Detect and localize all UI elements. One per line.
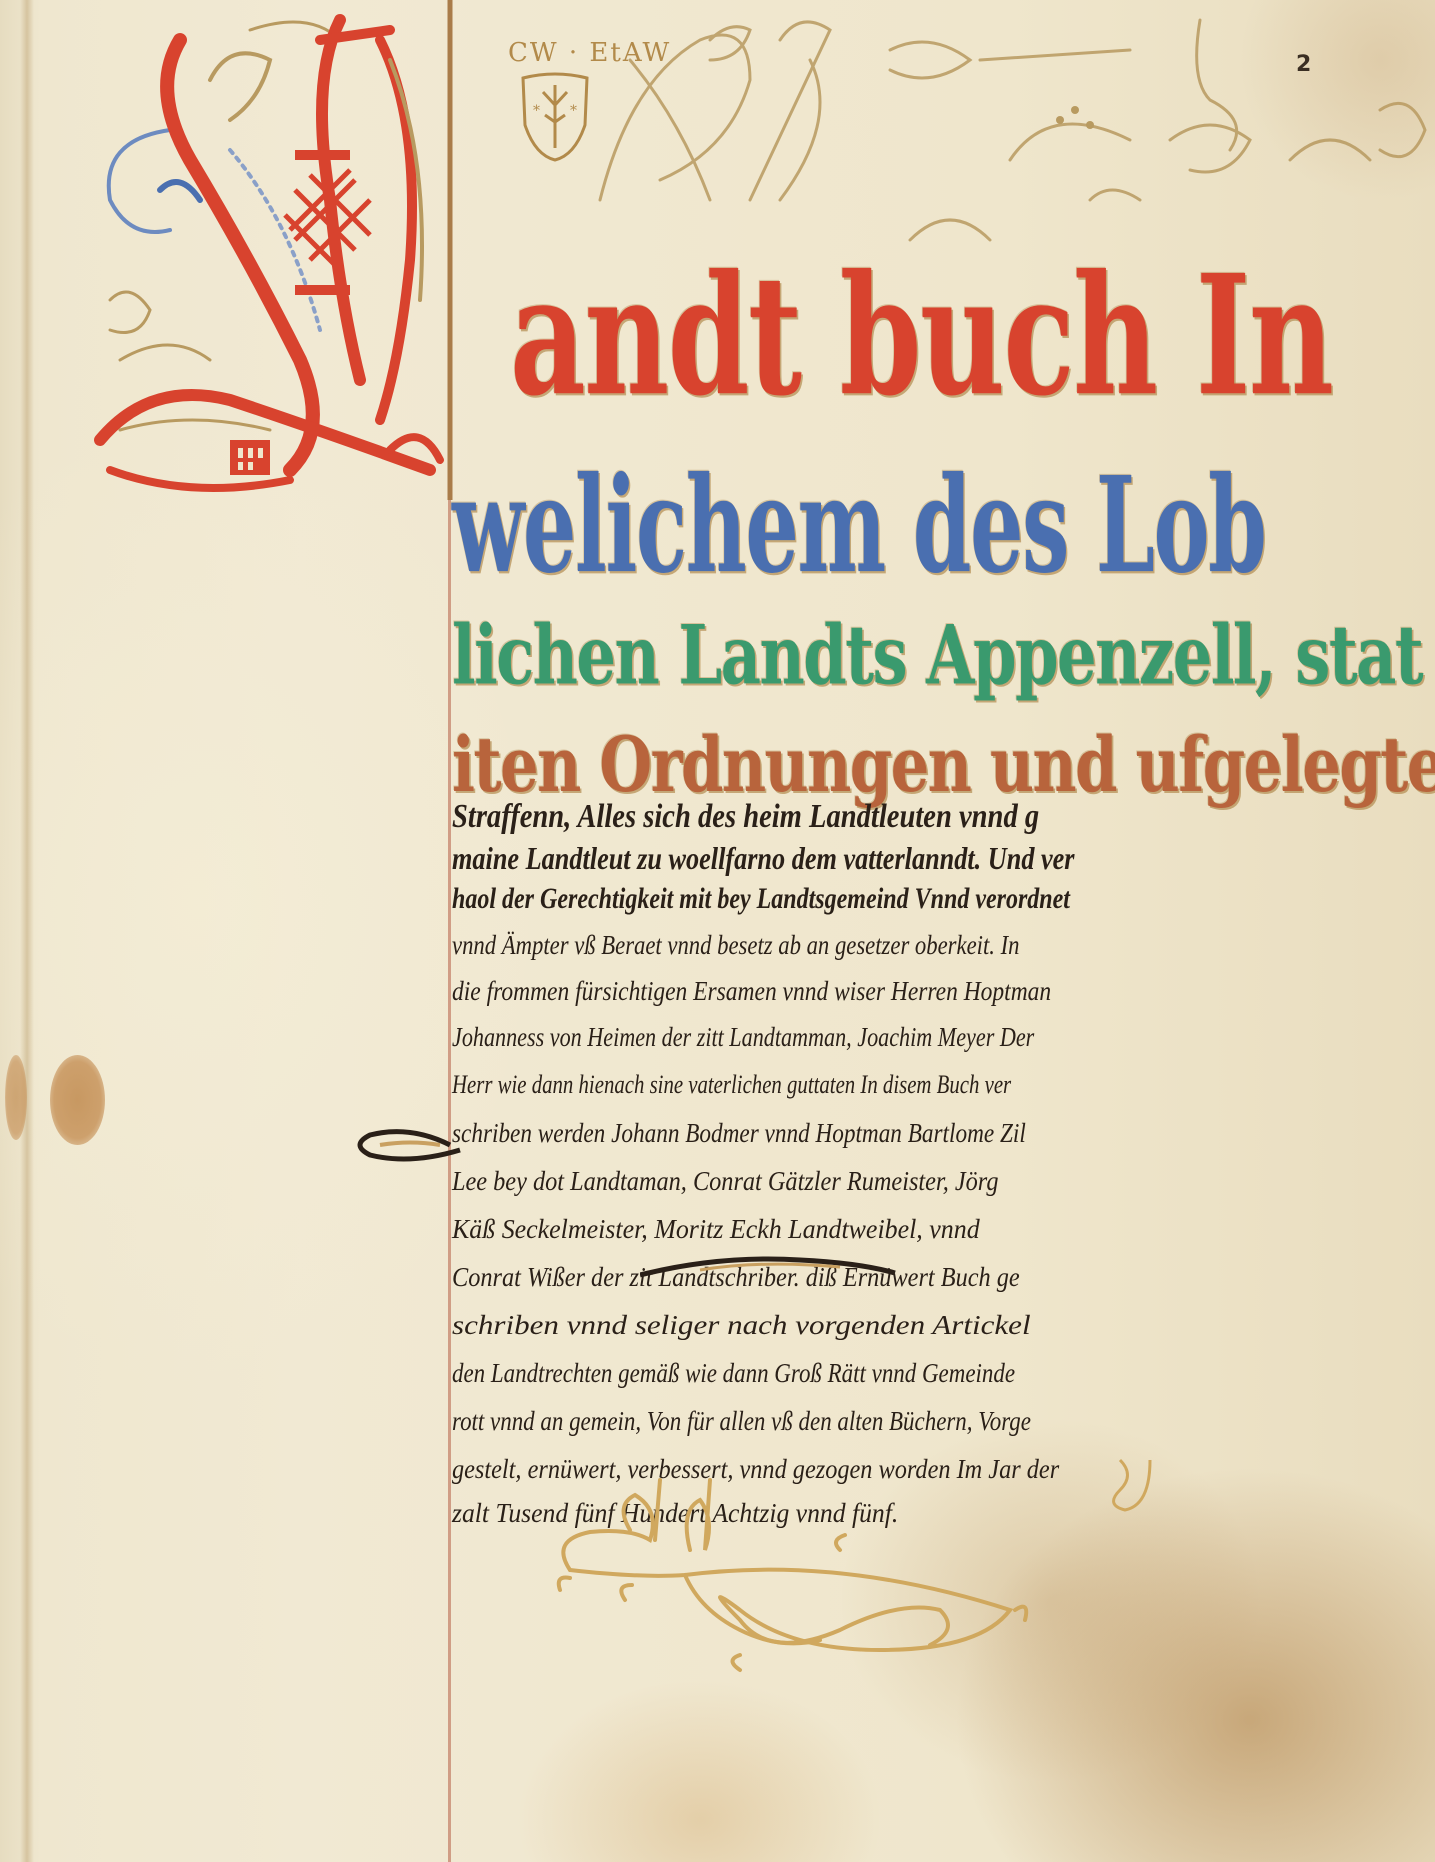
body-line: den Landtrechten gemäß wie dann Groß Rät… — [452, 1358, 1015, 1389]
stain — [5, 1055, 27, 1140]
stain — [50, 1055, 105, 1145]
body-line: maine Landtleut zu woellfarno dem vatter… — [452, 840, 1075, 877]
body-line: rott vnnd an gemein, Von für allen vß de… — [452, 1406, 1031, 1437]
body-line: Johanness von Heimen der zitt Landtamman… — [452, 1022, 1034, 1053]
title-line-green: lichen Landts Appenzell, stat — [452, 608, 1422, 704]
gold-flourish-small — [1090, 1450, 1170, 1530]
body-line: schriben werden Johann Bodmer vnnd Hoptm… — [452, 1118, 1026, 1149]
binding-gutter — [20, 0, 34, 1862]
body-line: Herr wie dann hienach sine vaterlichen g… — [452, 1070, 1011, 1100]
title-line-red: andt buch In — [510, 239, 1332, 433]
ink-paragraph-mark — [350, 1120, 470, 1170]
body-line: Käß Seckelmeister, Moritz Eckh Landtweib… — [452, 1214, 980, 1245]
gold-flourish-bottom — [540, 1460, 1100, 1720]
manuscript-page: 2 CW · EtAW * * — [0, 0, 1435, 1862]
body-line: vnnd Ämpter vß Beraet vnnd besetz ab an … — [452, 930, 1019, 961]
ink-line-filler — [640, 1245, 900, 1285]
body-line: schriben vnnd seliger nach vorgenden Art… — [452, 1310, 1031, 1341]
body-line: Lee bey dot Landtaman, Conrat Gätzler Ru… — [452, 1166, 998, 1197]
body-line: Straffenn, Alles sich des heim Landtleut… — [452, 798, 1039, 836]
title-line-brown: iten Ordnungen und ufgelegte — [452, 720, 1435, 809]
body-line: die frommen fürsichtigen Ersamen vnnd wi… — [452, 976, 1051, 1007]
body-line: haol der Gerechtigkeit mit bey Landtsgem… — [452, 882, 1070, 916]
illuminated-initial-letter — [90, 0, 470, 500]
title-line-blue: welichem des Lob — [452, 448, 1265, 603]
